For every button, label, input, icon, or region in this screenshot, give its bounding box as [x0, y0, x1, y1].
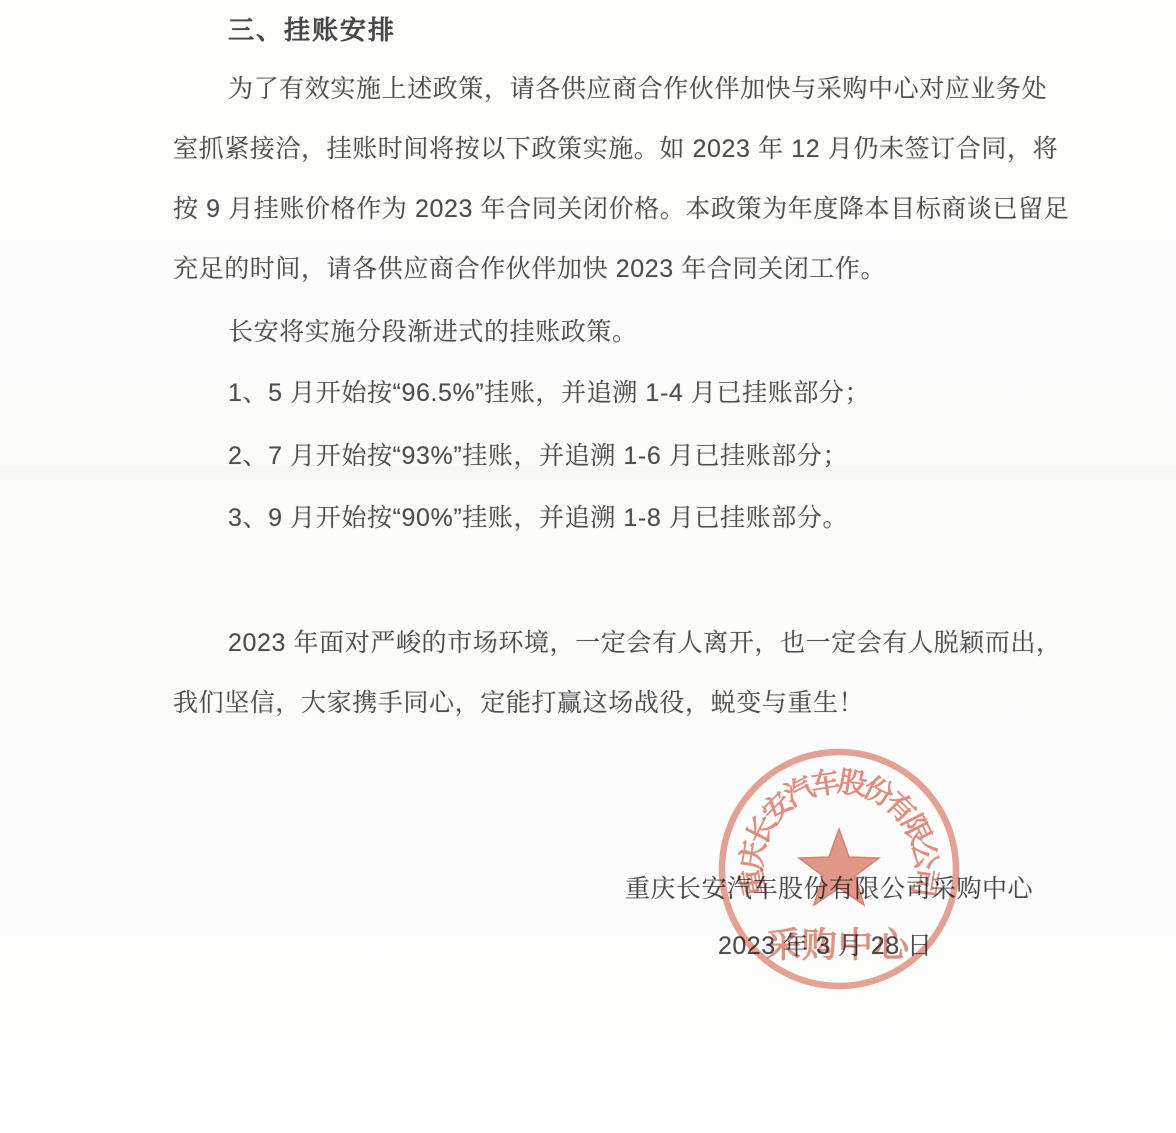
stamp-ring-char: 司: [906, 866, 943, 900]
policy-lead-line: 长安将实施分段渐进式的挂账政策。: [173, 316, 638, 348]
policy-list-item: 3、9 月开始按“90%”挂账，并追溯 1-8 月已挂账部分。: [173, 502, 848, 534]
closing-line: 2023 年面对严峻的市场环境，一定会有人离开，也一定会有人脱颖而出，: [173, 627, 1062, 659]
policy-list-item: 1、5 月开始按“96.5%”挂账，并追溯 1-4 月已挂账部分；: [173, 377, 870, 409]
section-heading: 三、挂账安排: [228, 10, 396, 47]
closing-line: 我们坚信，大家携手同心，定能打赢这场战役，蜕变与重生！: [173, 687, 864, 719]
body-line: 充足的时间，请各供应商合作伙伴加快 2023 年合同关闭工作。: [173, 253, 886, 285]
body-line: 室抓紧接洽，挂账时间将按以下政策实施。如 2023 年 12 月仍未签订合同，将: [173, 133, 1058, 165]
stamp-bottom-text: 采购中心: [766, 926, 911, 965]
policy-list-item: 2、7 月开始按“93%”挂账，并追溯 1-6 月已挂账部分；: [173, 440, 848, 472]
scanned-document-page: 三、挂账安排 为了有效实施上述政策，请各供应商合作伙伴加快与采购中心对应业务处 …: [0, 0, 1176, 1133]
body-line: 为了有效实施上述政策，请各供应商合作伙伴加快与采购中心对应业务处: [173, 73, 1047, 105]
star-icon: [799, 829, 879, 905]
company-seal-stamp: 重庆长安汽车股份有限公司 采购中心: [708, 742, 970, 998]
body-line: 按 9 月挂账价格作为 2023 年合同关闭价格。本政策为年度降本目标商谈已留足: [173, 193, 1069, 225]
